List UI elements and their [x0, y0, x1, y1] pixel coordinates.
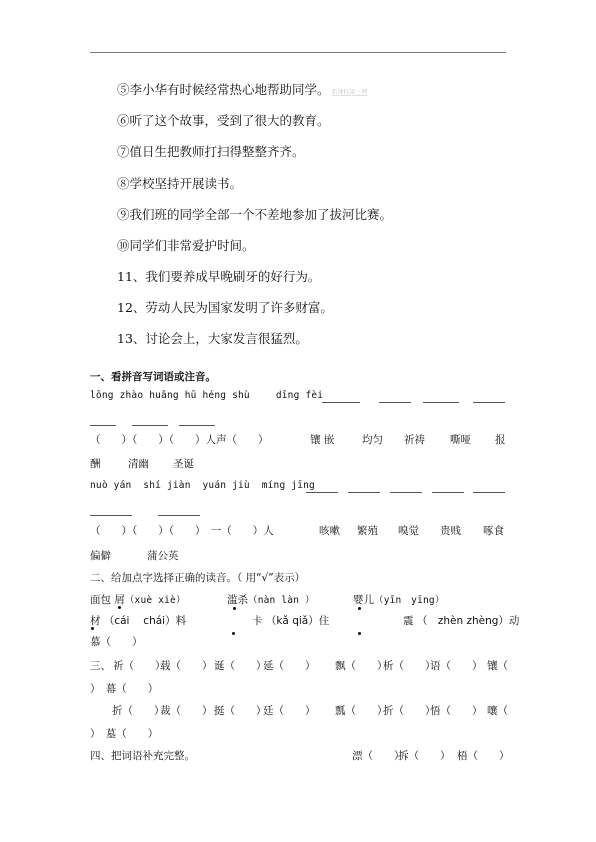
char-item: 折（ ） — [112, 703, 165, 718]
answer-blank[interactable] — [423, 394, 459, 403]
reading-choice[interactable]: 卡 （kǎ qiǎ）住 — [252, 613, 329, 628]
char-item: 语（ ） — [430, 658, 483, 673]
answer-blank[interactable] — [473, 394, 505, 403]
answer-blank[interactable] — [379, 394, 411, 403]
sentence-9: ⑨我们班的同学全部一个不差地参加了拔河比赛。 — [117, 205, 392, 223]
char-item: 折（ ） — [383, 703, 436, 718]
word-item: 偏僻 — [90, 548, 111, 563]
answer-blank[interactable] — [348, 484, 380, 493]
reading-choice[interactable]: 慕（ ） — [90, 634, 143, 649]
char-item: ） 幕（ ） — [90, 681, 158, 696]
sentence-5: ⑤李小华有时候经常热心地帮助同学。新课标第一网 — [117, 80, 368, 98]
char-item: 梧（ ） — [457, 748, 510, 763]
word-item: 清幽 — [128, 456, 149, 471]
word-item: 祈祷 — [404, 432, 425, 447]
word-item: 繁殖 — [357, 523, 378, 538]
section4-title: 四、把词语补充完整。 — [90, 748, 195, 763]
char-item: 瓢（ ） — [335, 703, 388, 718]
pinyin-item: héng shù — [202, 390, 249, 401]
word-item: 均匀 — [362, 432, 383, 447]
char-item: 诞（ ） — [214, 658, 267, 673]
sentence-text: ⑤李小华有时候经常热心地帮助同学。 — [117, 82, 330, 97]
answer-blank[interactable] — [132, 417, 168, 426]
word-item: 报 — [495, 432, 506, 447]
reading-choice: 面包 屑（xuè xiè） — [90, 592, 186, 607]
sentence-10: ⑩同学们非常爱护时间。 — [117, 236, 255, 254]
section3-label: 三、 — [90, 658, 111, 673]
char-item: 延（ ） — [263, 658, 316, 673]
answer-blank[interactable] — [90, 417, 116, 426]
sentence-7: ⑦值日生把教师打扫得整整齐齐。 — [117, 142, 305, 160]
section1-title: 一、看拼音写词语或注音。 — [90, 369, 216, 384]
char-item: 廷（ ） — [263, 703, 316, 718]
char-item: 挺（ ） — [214, 703, 267, 718]
char-item: 祈（ ） — [113, 658, 166, 673]
emphasis-dot — [358, 607, 361, 610]
answer-blank[interactable] — [432, 484, 464, 493]
section1-pinyin-row1: lōng zhào huǎng hū héng shù dīng fèi — [90, 390, 323, 401]
emphasis-dot — [118, 606, 121, 609]
header-rule — [90, 52, 506, 53]
char-item: 嚷（ — [487, 703, 508, 718]
char-item: 裁（ ） — [160, 703, 213, 718]
sentence-12: 12、劳动人民为国家发明了许多财富。 — [117, 298, 333, 316]
char-item: 漂（ ） — [352, 748, 405, 763]
emphasis-dot — [91, 627, 94, 630]
answer-blank[interactable] — [179, 417, 215, 426]
sentence-11: 11、我们要养成早晚刷牙的好行为。 — [117, 267, 320, 285]
sentence-6: ⑥听了这个故事，受到了很大的教育。 — [117, 111, 330, 129]
pinyin-item: lōng zhào — [90, 390, 143, 401]
pinyin-item: dīng fèi — [276, 390, 323, 401]
emphasis-dot — [232, 632, 235, 635]
word-item: 啄食 — [483, 523, 504, 538]
section1-paren-row1: （ ）（ ）（ ）人声（ ） — [90, 432, 269, 447]
char-item: 析（ ） — [383, 658, 436, 673]
reading-choice[interactable]: 震 （ zhèn zhèng）动 — [403, 613, 519, 628]
pinyin-item: huǎng hū — [149, 390, 196, 401]
word-item: 蒲公英 — [147, 548, 179, 563]
word-item: 咳嗽 — [319, 523, 340, 538]
sentence-8: ⑧学校坚持开展读书。 — [117, 174, 242, 192]
target-word: 婴儿 — [353, 594, 374, 606]
reading-choice: 滥杀（nàn làn ） — [227, 592, 315, 607]
sentence-13: 13、讨论会上，大家发言很猛烈。 — [117, 329, 308, 347]
pinyin-options[interactable]: （yīn yīng） — [374, 595, 445, 606]
pinyin-options[interactable]: （nàn làn ） — [248, 595, 315, 606]
char-item: 载（ ） — [160, 658, 213, 673]
emphasis-dot — [358, 632, 361, 635]
char-item: 悟（ ） — [430, 703, 483, 718]
reading-choice[interactable]: 材 （cái chái）料 — [90, 613, 186, 628]
char-item: ） 墓（ ） — [90, 726, 158, 741]
answer-blank[interactable] — [473, 484, 505, 493]
pinyin-item: nuò yán — [90, 480, 131, 491]
char-item: 飘（ ） — [335, 658, 388, 673]
pinyin-options[interactable]: （xuè xiè） — [125, 595, 186, 606]
section2-title: 二、给加点字选择正确的读音。（ 用“√”表示） — [90, 570, 305, 585]
char-item: 镶（ — [487, 658, 508, 673]
watermark: 新课标第一网 — [332, 89, 368, 96]
word-item: 圣诞 — [173, 456, 194, 471]
answer-blank[interactable] — [390, 484, 422, 493]
target-word: 滥杀 — [227, 594, 248, 606]
reading-choice: 婴儿（yīn yīng） — [353, 592, 445, 607]
word-item: 嘶哑 — [450, 432, 471, 447]
word-item: 酬 — [90, 456, 101, 471]
pinyin-item: yuán jiù — [202, 480, 249, 491]
answer-blank[interactable] — [158, 507, 200, 516]
answer-blank[interactable] — [322, 394, 360, 403]
pinyin-item: shí jiàn — [143, 480, 190, 491]
target-word: 面包 屑 — [90, 594, 125, 606]
char-item: 拆（ ） — [398, 748, 451, 763]
section1-paren-row2: （ ）（ ）（ ） 一（ ）人 — [90, 523, 274, 538]
answer-blank[interactable] — [90, 507, 132, 516]
answer-blank[interactable] — [306, 484, 338, 493]
word-item: 嗅觉 — [398, 523, 419, 538]
section1-pinyin-row2: nuò yán shí jiàn yuán jiù míng jīng — [90, 480, 315, 491]
word-item: 贵贱 — [440, 523, 461, 538]
emphasis-dot — [233, 607, 236, 610]
word-item: 镶 嵌 — [310, 432, 334, 447]
